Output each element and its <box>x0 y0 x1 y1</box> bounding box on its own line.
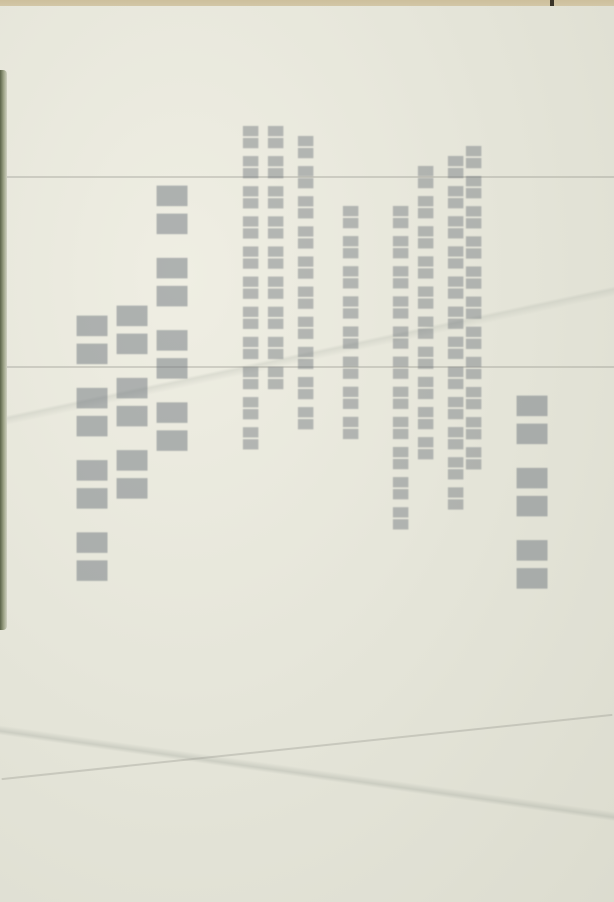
signature-column: ██ ██ ██ ██ <box>160 186 186 459</box>
text-column: ██ ██ ██ ██ ██ ██ ██ ██ ██ ██ ██ <box>245 126 258 451</box>
text-column: ██ ██ ██ ██ ██ ██ ██ ██ <box>345 206 358 441</box>
signature-column: ██ ██ ██ ██ <box>80 316 106 589</box>
heading-column: ██ ██ ██ <box>520 396 546 597</box>
fold-line <box>2 714 613 780</box>
background-edge <box>0 70 7 630</box>
text-column: ██ ██ ██ ██ ██ ██ ██ ██ ██ ██ ██ ██ <box>450 156 463 511</box>
signature-column: ██ ██ ██ <box>120 306 146 507</box>
paper-sheet: ██ ██ ██ ██ ██ ██ ██ ██ ██ ██ ██ ██ ██ █… <box>0 6 614 902</box>
text-column: ██ ██ ██ ██ ██ ██ ██ ██ ██ ██ <box>420 166 433 461</box>
text-column: ██ ██ ██ ██ ██ ██ ██ ██ ██ ██ ██ <box>395 206 408 531</box>
text-column: ██ ██ ██ ██ ██ ██ ██ ██ ██ <box>270 126 283 391</box>
text-column: ██ ██ ██ ██ ██ ██ ██ ██ ██ ██ <box>300 136 313 431</box>
text-column: ██ ██ ██ ██ ██ ██ ██ ██ ██ ██ ██ <box>468 146 481 471</box>
